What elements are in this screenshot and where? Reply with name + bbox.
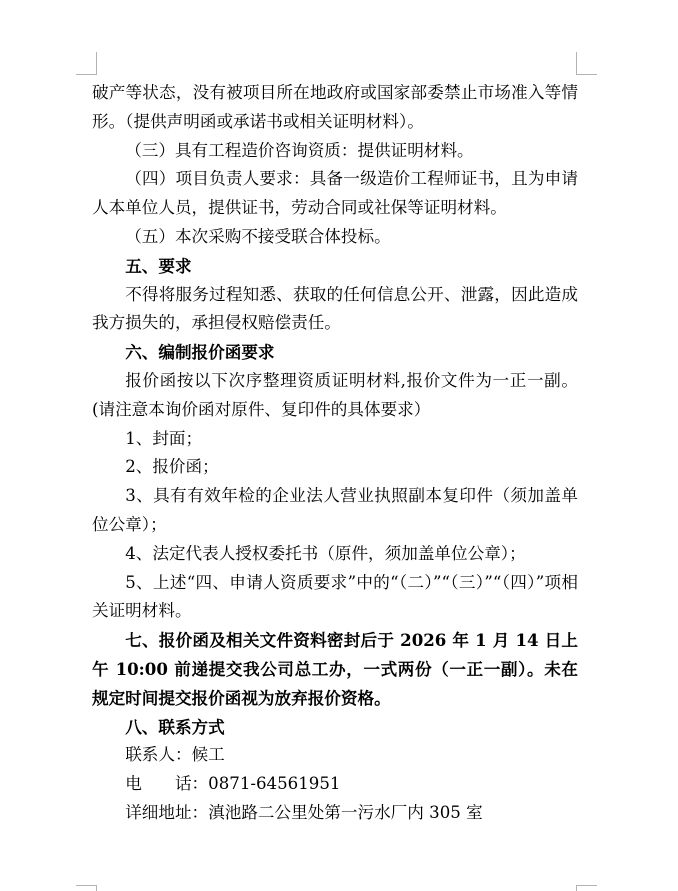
crop-mark-top-left (76, 52, 97, 75)
contact-phone: 电 话：0871-64561951 (92, 770, 578, 799)
heading-section-8-contact: 八、联系方式 (92, 713, 578, 742)
document-page: { "page": { "background_color": "#ffffff… (0, 0, 678, 891)
paragraph-quotation-order: 报价函按以下次序整理资质证明材料,报价文件为一正一副。(请注意本询价函对原件、复… (92, 367, 578, 425)
list-item-4-power-of-attorney: 4、法定代表人授权委托书（原件，须加盖单位公章）； (92, 540, 578, 569)
document-body: 破产等状态，没有被项目所在地政府或国家部委禁止市场准入等情形。（提供声明函或承诺… (92, 79, 578, 828)
list-item-1-cover: 1、封面； (92, 425, 578, 454)
heading-section-5-requirements: 五、要求 (92, 252, 578, 281)
list-item-2-quotation-letter: 2、报价函； (92, 453, 578, 482)
item-3-cost-consulting-qualification: （三）具有工程造价咨询资质：提供证明材料。 (92, 137, 578, 166)
item-5-no-consortium-bid: （五）本次采购不接受联合体投标。 (92, 223, 578, 252)
list-item-3-business-license-copy: 3、具有有效年检的企业法人营业执照副本复印件（须加盖单位公章）； (92, 482, 578, 540)
item-4-project-leader-requirement: （四）项目负责人要求：具备一级造价工程师证书，且为申请人本单位人员，提供证书，劳… (92, 165, 578, 223)
list-item-5-supporting-materials: 5、上述“四、申请人资质要求”中的“（二）”“（三）”“（四）”项相关证明材料。 (92, 569, 578, 627)
heading-section-6-quotation-preparation: 六、编制报价函要求 (92, 338, 578, 367)
crop-mark-top-right (576, 52, 597, 75)
paragraph-confidentiality: 不得将服务过程知悉、获取的任何信息公开、泄露，因此造成我方损失的，承担侵权赔偿责… (92, 281, 578, 339)
paragraph-eligibility-continuation: 破产等状态，没有被项目所在地政府或国家部委禁止市场准入等情形。（提供声明函或承诺… (92, 79, 578, 137)
contact-address: 详细地址：滇池路二公里处第一污水厂内 305 室 (92, 799, 578, 828)
paragraph-section-7-submission-deadline: 七、报价函及相关文件资料密封后于 2026 年 1 月 14 日上午 10:00… (92, 626, 578, 712)
contact-person: 联系人：候工 (92, 741, 578, 770)
page-background: 破产等状态，没有被项目所在地政府或国家部委禁止市场准入等情形。（提供声明函或承诺… (0, 0, 678, 891)
crop-mark-bottom-left (76, 885, 97, 891)
crop-mark-bottom-right (576, 885, 597, 891)
